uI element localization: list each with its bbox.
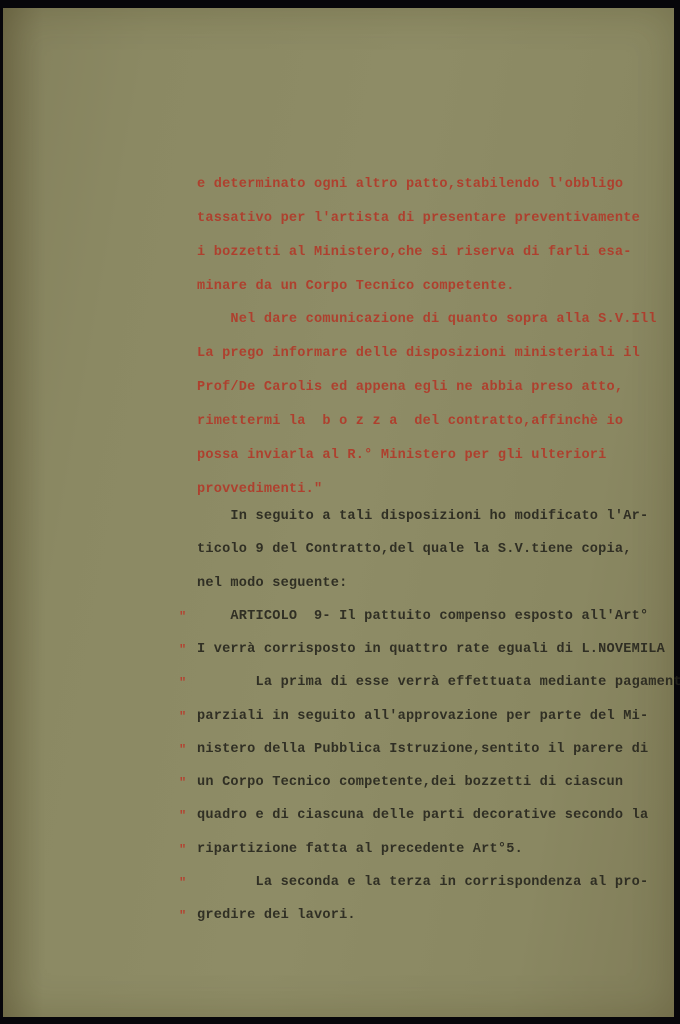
margin-quote-mark: " xyxy=(179,775,186,791)
text-line: I verrà corrisposto in quattro rate egua… xyxy=(197,642,665,658)
text-line: La prima di esse verrà effettuata median… xyxy=(197,675,680,691)
margin-quote-mark: " xyxy=(179,742,186,758)
margin-quote-mark: " xyxy=(179,609,186,625)
text-line: ripartizione fatta al precedente Art°5. xyxy=(197,842,523,858)
text-line: possa inviarla al R.° Ministero per gli … xyxy=(197,448,607,464)
text-line: nel modo seguente: xyxy=(197,576,347,592)
margin-quote-mark: " xyxy=(179,675,186,691)
text-line: ARTICOLO 9- Il pattuito compenso esposto… xyxy=(197,609,648,625)
margin-quote-mark: " xyxy=(179,908,186,924)
text-line: minare da un Corpo Tecnico competente. xyxy=(197,279,515,295)
margin-quote-mark: " xyxy=(179,709,186,725)
text-line: Nel dare comunicazione di quanto sopra a… xyxy=(197,312,657,328)
text-line: parziali in seguito all'approvazione per… xyxy=(197,709,648,725)
text-line: un Corpo Tecnico competente,dei bozzetti… xyxy=(197,775,623,791)
text-line: nistero della Pubblica Istruzione,sentit… xyxy=(197,742,648,758)
margin-quote-mark: " xyxy=(179,808,186,824)
text-line: quadro e di ciascuna delle parti decorat… xyxy=(197,808,648,824)
margin-quote-mark: " xyxy=(179,642,186,658)
text-line: e determinato ogni altro patto,stabilend… xyxy=(197,177,623,193)
text-line: i bozzetti al Ministero,che si riserva d… xyxy=(197,245,632,261)
text-line: La seconda e la terza in corrispondenza … xyxy=(197,875,648,891)
text-line: provvedimenti." xyxy=(197,482,322,498)
text-line: Prof/De Carolis ed appena egli ne abbia … xyxy=(197,380,623,396)
text-line: In seguito a tali disposizioni ho modifi… xyxy=(197,509,648,525)
margin-quote-mark: " xyxy=(179,875,186,891)
margin-quote-mark: " xyxy=(179,842,186,858)
document-page: e determinato ogni altro patto,stabilend… xyxy=(3,8,674,1017)
text-line: gredire dei lavori. xyxy=(197,908,356,924)
text-line: ticolo 9 del Contratto,del quale la S.V.… xyxy=(197,542,632,558)
text-line: rimettermi la b o z z a del contratto,af… xyxy=(197,414,623,430)
text-line: La prego informare delle disposizioni mi… xyxy=(197,346,640,362)
text-line: tassativo per l'artista di presentare pr… xyxy=(197,211,640,227)
